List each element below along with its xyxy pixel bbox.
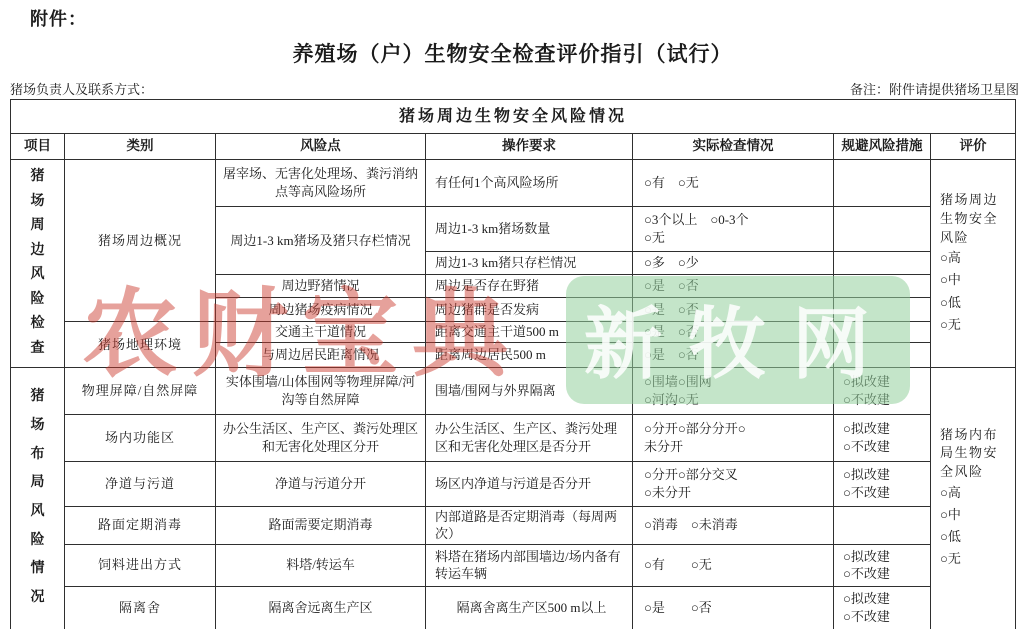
col-header-category: 类别 (65, 134, 216, 160)
risk-point-cell: 周边猪场疫病情况 (216, 298, 426, 322)
table-row: 猪场周边风险检查 猪场周边概况 屠宰场、无害化处理场、粪污消纳点等高风险场所 有… (11, 160, 1016, 207)
table-row: 隔离舍 隔离舍远离生产区 隔离舍离生产区500 m以上 ○是 ○否 ○拟改建 ○… (11, 586, 1016, 629)
risk-point-cell: 隔离舍远离生产区 (216, 586, 426, 629)
table-row: 猪场布局风险情况 物理屏障/自然屏障 实体围墙/山体围网等物理屏障/河沟等自然屏… (11, 367, 1016, 414)
risk-point-cell: 料塔/转运车 (216, 544, 426, 586)
risk-point-cell: 周边野猪情况 (216, 275, 426, 298)
measure-cell (834, 207, 931, 252)
table-row: 猪场地理环境 交通主干道情况 距离交通主干道500 m ○是 ○否 (11, 322, 1016, 343)
evaluation-option-low: ○低 (940, 292, 1011, 314)
operation-cell: 有任何1个高风险场所 (426, 160, 633, 207)
measure-cell: ○拟改建 ○不改建 (834, 367, 931, 414)
risk-point-cell: 周边1-3 km猪场及猪只存栏情况 (216, 207, 426, 275)
operation-cell: 周边1-3 km猪只存栏情况 (426, 252, 633, 275)
category-cell: 猪场地理环境 (65, 322, 216, 368)
category-cell: 净道与污道 (65, 461, 216, 506)
operation-cell: 场区内净道与污道是否分开 (426, 461, 633, 506)
measure-cell (834, 298, 931, 322)
operation-cell: 周边是否存在野猪 (426, 275, 633, 298)
category-cell: 场内功能区 (65, 414, 216, 461)
operation-cell: 距离周边居民500 m (426, 342, 633, 367)
col-header-operation: 操作要求 (426, 134, 633, 160)
document-title: 养殖场（户）生物安全检查评价指引（试行） (0, 38, 1025, 68)
col-header-risk-avoidance: 规避风险措施 (834, 134, 931, 160)
evaluation-option-high: ○高 (940, 482, 1011, 504)
farm-contact-label: 猪场负责人及联系方式： (10, 79, 153, 98)
check-options-cell: ○消毒 ○未消毒 (633, 506, 834, 544)
evaluation-option-none: ○无 (940, 548, 1011, 570)
operation-cell: 周边猪群是否发病 (426, 298, 633, 322)
check-options-cell: ○分开○部分分开○ 未分开 (633, 414, 834, 461)
risk-point-cell: 交通主干道情况 (216, 322, 426, 343)
evaluation-option-none: ○无 (940, 314, 1011, 336)
risk-point-cell: 实体围墙/山体围网等物理屏障/河沟等自然屏障 (216, 367, 426, 414)
check-options-cell: ○是 ○否 (633, 342, 834, 367)
operation-cell: 料塔在猪场内部围墙边/场内备有转运车辆 (426, 544, 633, 586)
project-cell-layout: 猪场布局风险情况 (11, 367, 65, 629)
operation-cell: 周边1-3 km猪场数量 (426, 207, 633, 252)
table-row: 场内功能区 办公生活区、生产区、粪污处理区和无害化处理区分开 办公生活区、生产区… (11, 414, 1016, 461)
evaluation-cell-surroundings: 猪场周边生物安全风险 ○高 ○中 ○低 ○无 (931, 160, 1016, 368)
project-cell-surroundings: 猪场周边风险检查 (11, 160, 65, 368)
operation-cell: 办公生活区、生产区、粪污处理区和无害化处理区是否分开 (426, 414, 633, 461)
measure-cell (834, 275, 931, 298)
operation-cell: 距离交通主干道500 m (426, 322, 633, 343)
col-header-project: 项目 (11, 134, 65, 160)
check-options-cell: ○是 ○否 (633, 298, 834, 322)
evaluation-label: 猪场周边生物安全风险 (940, 191, 1002, 248)
operation-cell: 内部道路是否定期消毒（每周两次） (426, 506, 633, 544)
attachment-label: 附件： (30, 5, 87, 31)
measure-cell (834, 506, 931, 544)
risk-point-cell: 屠宰场、无害化处理场、粪污消纳点等高风险场所 (216, 160, 426, 207)
check-options-cell: ○是 ○否 (633, 586, 834, 629)
measure-cell (834, 160, 931, 207)
check-options-cell: ○分开○部分交叉 ○未分开 (633, 461, 834, 506)
category-cell: 隔离舍 (65, 586, 216, 629)
check-options-cell: ○是 ○否 (633, 322, 834, 343)
check-options-cell: ○3个以上 ○0-3个 ○无 (633, 207, 834, 252)
check-options-cell: ○有 ○无 (633, 160, 834, 207)
risk-point-cell: 办公生活区、生产区、粪污处理区和无害化处理区分开 (216, 414, 426, 461)
measure-cell (834, 322, 931, 343)
project-label: 猪场布局风险情况 (29, 383, 46, 613)
risk-point-cell: 与周边居民距离情况 (216, 342, 426, 367)
table-section-title: 猪场周边生物安全风险情况 (11, 100, 1016, 134)
evaluation-option-low: ○低 (940, 526, 1011, 548)
evaluation-cell-layout: 猪场内布局生物安全风险 ○高 ○中 ○低 ○无 (931, 367, 1016, 629)
operation-cell: 围墙/围网与外界隔离 (426, 367, 633, 414)
category-cell: 物理屏障/自然屏障 (65, 367, 216, 414)
col-header-risk-point: 风险点 (216, 134, 426, 160)
risk-point-cell: 路面需要定期消毒 (216, 506, 426, 544)
project-label: 猪场周边风险检查 (29, 165, 46, 361)
category-cell: 路面定期消毒 (65, 506, 216, 544)
biosecurity-risk-table: 猪场周边生物安全风险情况 项目 类别 风险点 操作要求 实际检查情况 规避风险措… (10, 99, 1016, 629)
table-row: 路面定期消毒 路面需要定期消毒 内部道路是否定期消毒（每周两次） ○消毒 ○未消… (11, 506, 1016, 544)
operation-cell: 隔离舍离生产区500 m以上 (426, 586, 633, 629)
remark-note: 备注：附件请提供猪场卫星图 (850, 79, 1019, 98)
check-options-cell: ○围墙○围网 ○河沟○无 (633, 367, 834, 414)
measure-cell: ○拟改建 ○不改建 (834, 414, 931, 461)
table-row: 净道与污道 净道与污道分开 场区内净道与污道是否分开 ○分开○部分交叉 ○未分开… (11, 461, 1016, 506)
check-options-cell: ○多 ○少 (633, 252, 834, 275)
risk-point-cell: 净道与污道分开 (216, 461, 426, 506)
evaluation-option-medium: ○中 (940, 269, 1011, 291)
measure-cell (834, 252, 931, 275)
measure-cell (834, 342, 931, 367)
category-cell: 饲料进出方式 (65, 544, 216, 586)
col-header-actual-check: 实际检查情况 (633, 134, 834, 160)
measure-cell: ○拟改建 ○不改建 (834, 544, 931, 586)
check-options-cell: ○有 ○无 (633, 544, 834, 586)
table-row: 饲料进出方式 料塔/转运车 料塔在猪场内部围墙边/场内备有转运车辆 ○有 ○无 … (11, 544, 1016, 586)
evaluation-label: 猪场内布局生物安全风险 (940, 426, 1002, 483)
check-options-cell: ○是 ○否 (633, 275, 834, 298)
evaluation-option-high: ○高 (940, 247, 1011, 269)
measure-cell: ○拟改建 ○不改建 (834, 461, 931, 506)
category-cell: 猪场周边概况 (65, 160, 216, 322)
col-header-evaluation: 评价 (931, 134, 1016, 160)
evaluation-option-medium: ○中 (940, 504, 1011, 526)
measure-cell: ○拟改建 ○不改建 (834, 586, 931, 629)
